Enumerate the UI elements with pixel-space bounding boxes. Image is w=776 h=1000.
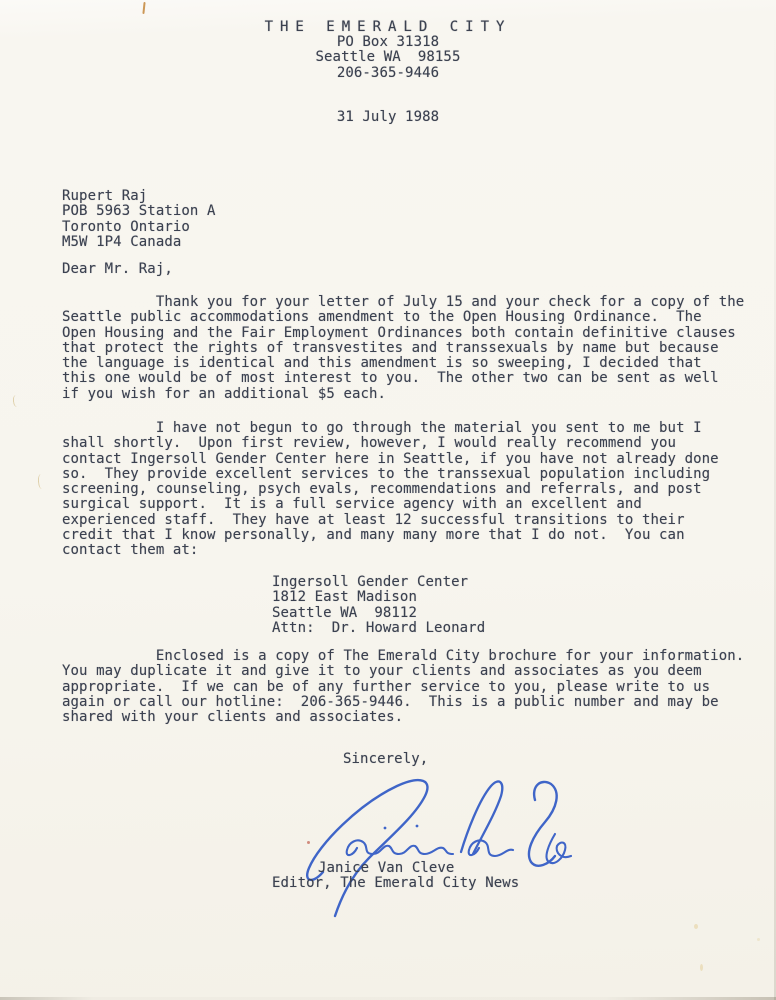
text-line: screening, counseling, psych evals, reco… — [62, 482, 719, 497]
text-line: this one would be of most interest to yo… — [62, 371, 744, 386]
ink-dot — [307, 841, 310, 844]
valediction: Sincerely, — [343, 752, 428, 767]
body-paragraph-3: Enclosed is a copy of The Emerald City b… — [62, 649, 744, 725]
text-line: appropriate. If we can be of any further… — [62, 680, 744, 695]
letterhead-org-name: THE EMERALD CITY — [0, 20, 776, 35]
date-line-wrap: 31 July 1988 — [0, 110, 776, 125]
paper-smudge-mark — [12, 395, 20, 408]
letter-page: THE EMERALD CITY PO Box 31318 Seattle WA… — [0, 0, 776, 1000]
text-line: contact Ingersoll Gender Center here in … — [62, 452, 719, 467]
paper-speck — [757, 938, 760, 941]
letterhead-city-line: Seattle WA 98155 — [0, 50, 776, 65]
text-line: Open Housing and the Fair Employment Ord… — [62, 326, 744, 341]
text-line: Thank you for your letter of July 15 and… — [62, 295, 744, 310]
text-line: Seattle WA 98112 — [272, 606, 485, 621]
inner-address: Ingersoll Gender Center1812 East Madison… — [272, 575, 485, 636]
text-line: experienced staff. They have at least 12… — [62, 513, 719, 528]
typed-name: Janice Van Cleve — [318, 861, 454, 876]
text-line: Seattle public accommodations amendment … — [62, 310, 744, 325]
text-line: M5W 1P4 Canada — [62, 235, 216, 250]
paper-fiber-mark — [142, 2, 145, 14]
text-line: that protect the rights of transvestites… — [62, 341, 744, 356]
letterhead-po-box: PO Box 31318 — [0, 35, 776, 50]
recipient-address: Rupert RajPOB 5963 Station AToronto Onta… — [62, 189, 216, 250]
typed-title: Editor, The Emerald City News — [272, 876, 519, 891]
typed-name-wrap: Janice Van Cleve — [318, 861, 454, 876]
salutation: Dear Mr. Raj, — [62, 262, 173, 277]
body-paragraph-2: I have not begun to go through the mater… — [62, 421, 719, 559]
paper-speck — [700, 964, 703, 971]
body-paragraph-1: Thank you for your letter of July 15 and… — [62, 295, 744, 402]
letterhead: THE EMERALD CITY PO Box 31318 Seattle WA… — [0, 20, 776, 81]
text-line: shared with your clients and associates. — [62, 710, 744, 725]
text-line: if you wish for an additional $5 each. — [62, 387, 744, 402]
text-line: You may duplicate it and give it to your… — [62, 664, 744, 679]
date-line: 31 July 1988 — [0, 110, 776, 125]
signature-handwriting — [293, 770, 578, 922]
text-line: Ingersoll Gender Center — [272, 575, 485, 590]
text-line: POB 5963 Station A — [62, 204, 216, 219]
salutation-wrap: Dear Mr. Raj, — [62, 262, 173, 277]
text-line: I have not begun to go through the mater… — [62, 421, 719, 436]
text-line: so. They provide excellent services to t… — [62, 467, 719, 482]
typed-title-wrap: Editor, The Emerald City News — [272, 876, 519, 891]
text-line: Attn: Dr. Howard Leonard — [272, 621, 485, 636]
valediction-wrap: Sincerely, — [343, 752, 428, 767]
text-line: shall shortly. Upon first review, howeve… — [62, 436, 719, 451]
text-line: contact them at: — [62, 543, 719, 558]
text-line: the language is identical and this amend… — [62, 356, 744, 371]
paper-smudge-mark — [37, 474, 45, 489]
text-line: Enclosed is a copy of The Emerald City b… — [62, 649, 744, 664]
letterhead-phone: 206-365-9446 — [0, 66, 776, 81]
paper-speck — [694, 924, 698, 929]
text-line: 1812 East Madison — [272, 590, 485, 605]
text-line: Toronto Ontario — [62, 220, 216, 235]
text-line: surgical support. It is a full service a… — [62, 497, 719, 512]
text-line: again or call our hotline: 206-365-9446.… — [62, 695, 744, 710]
text-line: Rupert Raj — [62, 189, 216, 204]
text-line: credit that I know personally, and many … — [62, 528, 719, 543]
